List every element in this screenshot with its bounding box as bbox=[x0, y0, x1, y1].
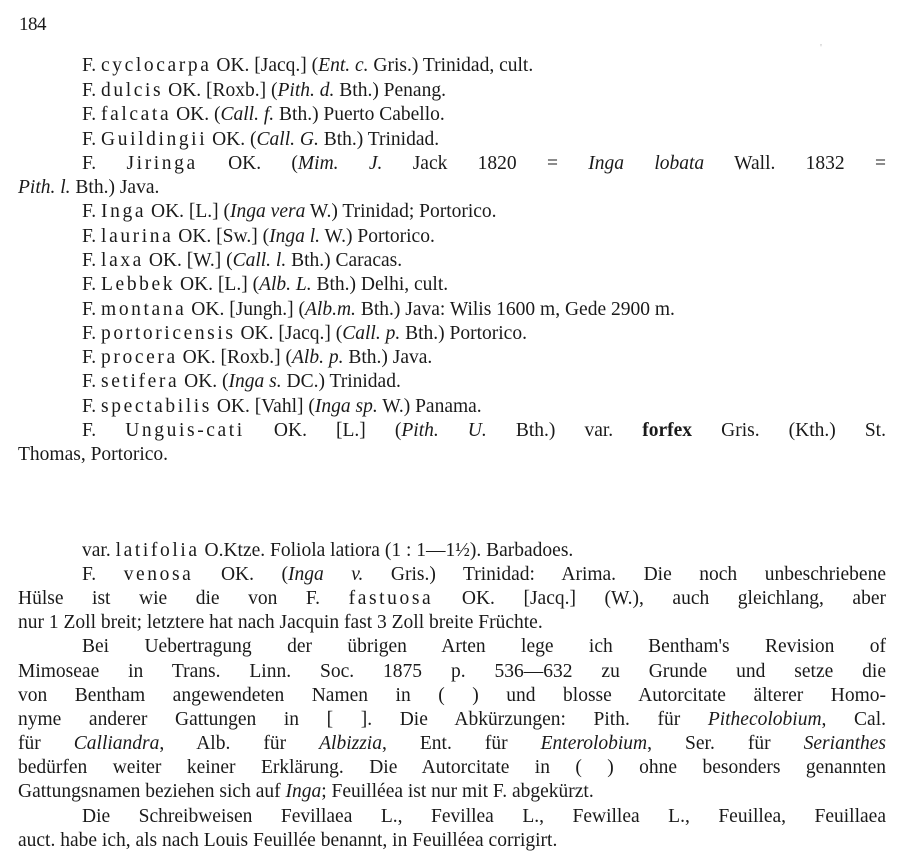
genus-abbrev: F. bbox=[82, 153, 96, 174]
species-entry: F. spectabilis OK. [Vahl] (Inga sp. W.) … bbox=[82, 395, 886, 419]
synonym-italic: Inga lobata bbox=[588, 153, 704, 174]
venosa-line-2: Hülse ist wie die von F. fastuosa OK. [J… bbox=[18, 587, 886, 611]
para2-line-2: auct. habe ich, als nach Louis Feuillée … bbox=[18, 829, 886, 853]
entry-text: Bth.) Java. bbox=[71, 177, 160, 198]
synonym-italic: Mim. J. bbox=[298, 153, 382, 174]
venosa-line-1: F. venosa OK. (Inga v. Gris.) Trinidad: … bbox=[82, 563, 886, 587]
entry-text: OK. [Roxb.] ( bbox=[178, 347, 292, 368]
genus-abbrev: F. bbox=[82, 250, 96, 271]
para1-line-7: Gattungsnamen beziehen sich auf Inga; Fe… bbox=[18, 780, 886, 804]
entry-text: OK. [Jacq.] ( bbox=[236, 323, 343, 344]
entry-text: OK. ( bbox=[179, 371, 228, 392]
entry-text: OK. [Jacq.] ( bbox=[211, 55, 318, 76]
entry-text: OK. [L.] ( bbox=[245, 420, 402, 441]
species-entry: F. Inga OK. [L.] (Inga vera W.) Trinidad… bbox=[82, 200, 886, 224]
synonym-italic: Pith. d. bbox=[278, 80, 335, 101]
para1-line-1: Bei Uebertragung der übrigen Arten lege … bbox=[82, 635, 886, 659]
synonym-italic: Pith. U. bbox=[401, 420, 486, 441]
synonym-italic: Inga sp. bbox=[315, 396, 378, 417]
var-latifolia-line: var. latifolia O.Ktze. Foliola latiora (… bbox=[82, 539, 886, 563]
genus-abbrev: F. bbox=[82, 347, 96, 368]
genus-abbrev: F. bbox=[82, 420, 96, 441]
entry-text: OK. ( bbox=[207, 129, 256, 150]
entry-text: Bth.) Trinidad. bbox=[319, 129, 439, 150]
synonym-italic: Alb.m. bbox=[305, 299, 356, 320]
entry-text: OK. [Roxb.] ( bbox=[163, 80, 277, 101]
species-entry: F. montana OK. [Jungh.] (Alb.m. Bth.) Ja… bbox=[82, 298, 886, 322]
entry-text: Wall. 1832 = bbox=[704, 153, 886, 174]
entry-text: Thomas, Portorico. bbox=[18, 444, 168, 465]
entry-text: Jack 1820 = bbox=[382, 153, 588, 174]
scan-speck: ' bbox=[820, 42, 822, 54]
species-epithet: venosa bbox=[124, 564, 194, 585]
entry-text: Bth.) Penang. bbox=[334, 80, 446, 101]
entry-text: Bth.) Delhi, cult. bbox=[312, 274, 448, 295]
genus-abbrev: F. bbox=[82, 129, 96, 150]
genus-abbrev: F. bbox=[82, 371, 96, 392]
genus-abbrev: F. bbox=[82, 396, 96, 417]
synonym-italic: Alb. p. bbox=[292, 347, 343, 368]
para1-line-3: von Bentham angewendeten Namen in ( ) un… bbox=[18, 684, 886, 708]
species-entry: F. Lebbek OK. [L.] (Alb. L. Bth.) Delhi,… bbox=[82, 273, 886, 297]
species-epithet: Lebbek bbox=[101, 274, 175, 295]
entry-text: Gris. (Kth.) St. bbox=[692, 420, 886, 441]
para2-line-1: Die Schreibweisen Fevillaea L., Fevillea… bbox=[82, 805, 886, 829]
synonym-italic: Pith. l. bbox=[18, 177, 71, 198]
synonym-italic: Inga vera bbox=[230, 201, 305, 222]
species-epithet: spectabilis bbox=[101, 396, 212, 417]
species-epithet: setifera bbox=[101, 371, 179, 392]
species-epithet: Unguis-cati bbox=[125, 420, 245, 441]
species-epithet: montana bbox=[101, 299, 186, 320]
genus-abbrev: F. bbox=[82, 55, 96, 76]
species-entry: F. portoricensis OK. [Jacq.] (Call. p. B… bbox=[82, 322, 886, 346]
synonym-italic: Call. l. bbox=[233, 250, 287, 271]
para1-line-5: für Calliandra, Alb. für Albizzia, Ent. … bbox=[18, 732, 886, 756]
venosa-line-3: nur 1 Zoll breit; letztere hat nach Jacq… bbox=[18, 611, 886, 635]
species-entry: F. Unguis-cati OK. [L.] (Pith. U. Bth.) … bbox=[82, 419, 886, 443]
species-entry: F. falcata OK. (Call. f. Bth.) Puerto Ca… bbox=[82, 103, 886, 127]
species-entry: F. cyclocarpa OK. [Jacq.] (Ent. c. Gris.… bbox=[82, 54, 886, 78]
species-epithet: laxa bbox=[101, 250, 144, 271]
species-entry: F. laurina OK. [Sw.] (Inga l. W.) Portor… bbox=[82, 225, 886, 249]
page-number: 184 bbox=[19, 14, 46, 36]
entry-text: OK. [L.] ( bbox=[175, 274, 259, 295]
genus-abbrev: F. bbox=[82, 201, 96, 222]
synonym-italic: Call. p. bbox=[342, 323, 400, 344]
synonym-italic: Inga l. bbox=[269, 226, 320, 247]
entry-text: OK. ( bbox=[171, 104, 220, 125]
entry-text: Bth.) Java. bbox=[343, 347, 432, 368]
entry-text: W.) Portorico. bbox=[320, 226, 435, 247]
entry-text: DC.) Trinidad. bbox=[282, 371, 401, 392]
species-entry: F. Jiringa OK. (Mim. J. Jack 1820 = Inga… bbox=[82, 152, 886, 176]
variety-name: latifolia bbox=[116, 540, 200, 561]
species-epithet: Jiringa bbox=[126, 153, 197, 174]
genus-abbrev: F. bbox=[82, 299, 96, 320]
synonym-italic: Call. G. bbox=[257, 129, 319, 150]
variety-bold: forfex bbox=[642, 420, 692, 441]
species-entry: F. laxa OK. [W.] (Call. l. Bth.) Caracas… bbox=[82, 249, 886, 273]
entry-continuation: Pith. l. Bth.) Java. bbox=[18, 176, 886, 200]
species-epithet: portoricensis bbox=[101, 323, 236, 344]
genus-abbrev: F. bbox=[82, 80, 96, 101]
genus-abbrev: F. bbox=[82, 323, 96, 344]
species-epithet: dulcis bbox=[101, 80, 163, 101]
para1-line-2: Mimoseae in Trans. Linn. Soc. 1875 p. 53… bbox=[18, 660, 886, 684]
species-epithet: cyclocarpa bbox=[101, 55, 211, 76]
species-epithet: laurina bbox=[101, 226, 173, 247]
para1-line-4: nyme anderer Gattungen in [ ]. Die Abkür… bbox=[18, 708, 886, 732]
species-entry: F. Guildingii OK. (Call. G. Bth.) Trinid… bbox=[82, 128, 886, 152]
entry-text: OK. [L.] ( bbox=[146, 201, 230, 222]
entry-text: Gris.) Trinidad, cult. bbox=[369, 55, 534, 76]
entry-text: OK. [Vahl] ( bbox=[212, 396, 315, 417]
entry-text: Bth.) Caracas. bbox=[286, 250, 402, 271]
genus-abbrev: F. bbox=[82, 226, 96, 247]
entry-text: W.) Panama. bbox=[378, 396, 482, 417]
entry-text: OK. [Sw.] ( bbox=[173, 226, 269, 247]
species-epithet: procera bbox=[101, 347, 178, 368]
entry-text: OK. [W.] ( bbox=[144, 250, 233, 271]
entry-continuation: Thomas, Portorico. bbox=[18, 443, 886, 467]
synonym-italic: Alb. L. bbox=[259, 274, 312, 295]
synonym-italic: Call. f. bbox=[221, 104, 275, 125]
genus-abbrev: F. bbox=[82, 104, 96, 125]
species-entry: F. setifera OK. (Inga s. DC.) Trinidad. bbox=[82, 370, 886, 394]
entry-text: OK. ( bbox=[198, 153, 298, 174]
entry-text: Bth.) Portorico. bbox=[400, 323, 527, 344]
para1-line-6: bedürfen weiter keiner Erklärung. Die Au… bbox=[18, 756, 886, 780]
synonym-italic: Inga s. bbox=[229, 371, 282, 392]
species-epithet: Guildingii bbox=[101, 129, 207, 150]
entry-text: W.) Trinidad; Portorico. bbox=[305, 201, 496, 222]
species-epithet: Inga bbox=[101, 201, 146, 222]
entry-text: Bth.) var. bbox=[487, 420, 642, 441]
species-epithet: falcata bbox=[101, 104, 171, 125]
synonym-italic: Ent. c. bbox=[318, 55, 368, 76]
species-entry: F. procera OK. [Roxb.] (Alb. p. Bth.) Ja… bbox=[82, 346, 886, 370]
genus-abbrev: F. bbox=[82, 274, 96, 295]
entry-text: Bth.) Java: Wilis 1600 m, Gede 2900 m. bbox=[356, 299, 675, 320]
species-entry: F. dulcis OK. [Roxb.] (Pith. d. Bth.) Pe… bbox=[82, 79, 886, 103]
entry-text: Bth.) Puerto Cabello. bbox=[274, 104, 445, 125]
entry-text: OK. [Jungh.] ( bbox=[186, 299, 305, 320]
